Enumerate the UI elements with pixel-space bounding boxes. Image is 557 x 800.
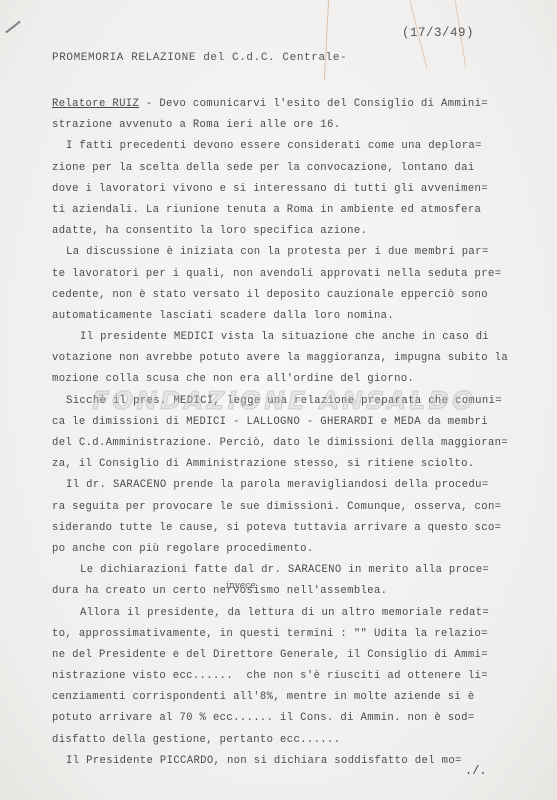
text-line: Il dr. SARACENO prende la parola meravig… (52, 475, 552, 496)
text-line: potuto arrivare al 70 % ecc...... il Con… (52, 708, 552, 729)
line-text: Il presidente MEDICI vista la situazione… (80, 331, 489, 343)
text-line: nistrazione visto ecc...... che non s'è … (52, 666, 552, 687)
line-text: ca le dimissioni di MEDICI - LALLOGNO - … (52, 416, 488, 428)
text-line: cedente, non è stato versato il deposito… (52, 285, 552, 306)
line-text: adatte, ha consentito la loro specifica … (52, 225, 367, 237)
line-text: ra seguita per provocare le sue dimissio… (52, 501, 501, 513)
line-text: Le dichiarazioni fatte dal dr. SARACENO … (80, 564, 489, 576)
line-text: za, il Consiglio di Amministrazione stes… (52, 458, 475, 470)
text-line: Relatore RUIZ - Devo comunicarvi l'esito… (52, 94, 552, 115)
text-line: ca le dimissioni di MEDICI - LALLOGNO - … (52, 412, 552, 433)
text-line: cenziamenti corrispondenti all'8%, mentr… (52, 687, 552, 708)
text-line: adatte, ha consentito la loro specifica … (52, 221, 552, 242)
text-line: mozione colla scusa che non era all'ordi… (52, 369, 552, 390)
text-line: to, approssimativamente, in questi termi… (52, 624, 552, 645)
line-text: dove i lavoratori vivono e si interessan… (52, 183, 488, 195)
text-line: za, il Consiglio di Amministrazione stes… (52, 454, 552, 475)
line-text: ne del Presidente e del Direttore Genera… (52, 649, 488, 661)
text-line: ra seguita per provocare le sue dimissio… (52, 497, 552, 518)
text-line: del C.d.Amministrazione. Perciò, dato le… (52, 433, 552, 454)
line-text: votazione non avrebbe potuto avere la ma… (52, 352, 508, 364)
text-line: dove i lavoratori vivono e si interessan… (52, 179, 552, 200)
pen-mark (5, 21, 20, 34)
text-line: zione per la scelta della sede per la co… (52, 158, 552, 179)
date-note: (17/3/49) (402, 26, 474, 40)
line-text: po anche con più regolare procedimento. (52, 543, 314, 555)
text-line: La discussione è iniziata con la protest… (52, 242, 552, 263)
text-line: ti aziendali. La riunione tenuta a Roma … (52, 200, 552, 221)
text-line: Sicchè il pres. MEDICI, legge una relazi… (52, 391, 552, 412)
line-text: cedente, non è stato versato il deposito… (52, 289, 488, 301)
text-line: Allora il presidente, da lettura di un a… (52, 603, 552, 624)
line-text: to, approssimativamente, in questi termi… (52, 628, 488, 640)
line-text: nistrazione visto ecc...... che non s'è … (52, 670, 488, 682)
line-text: del C.d.Amministrazione. Perciò, dato le… (52, 437, 508, 449)
line-text: Allora il presidente, da lettura di un a… (80, 607, 489, 619)
text-line: votazione non avrebbe potuto avere la ma… (52, 348, 552, 369)
line-text: La discussione è iniziata con la protest… (66, 246, 489, 258)
line-text: Il Presidente PICCARDO, non si dichiara … (66, 755, 462, 767)
handwritten-insert: invece (226, 581, 255, 591)
text-line: po anche con più regolare procedimento. (52, 539, 552, 560)
text-line: I fatti precedenti devono essere conside… (52, 136, 552, 157)
line-text: mozione colla scusa che non era all'ordi… (52, 373, 414, 385)
text-line: Le dichiarazioni fatte dal dr. SARACENO … (52, 560, 552, 581)
document-title: PROMEMORIA RELAZIONE del C.d.C. Centrale… (52, 52, 347, 64)
line-text: ti aziendali. La riunione tenuta a Roma … (52, 204, 481, 216)
speaker-label: Relatore RUIZ (52, 98, 139, 110)
text-line: automaticamente lasciati scadere dalla l… (52, 306, 552, 327)
text-line: te lavoratori per i quali, non avendoli … (52, 264, 552, 285)
document-page: (17/3/49) PROMEMORIA RELAZIONE del C.d.C… (0, 0, 557, 800)
text-line: ne del Presidente e del Direttore Genera… (52, 645, 552, 666)
line-text: zione per la scelta della sede per la co… (52, 162, 475, 174)
text-line: siderando tutte le cause, si poteva tutt… (52, 518, 552, 539)
line-text: - Devo comunicarvi l'esito del Consiglio… (139, 98, 488, 110)
text-line: strazione avvenuto a Roma ieri alle ore … (52, 115, 552, 136)
line-text: Sicchè il pres. MEDICI, legge una relazi… (66, 395, 502, 407)
line-text: dura ha creato un certo nervosismo nell'… (52, 585, 387, 597)
line-text: disfatto della gestione, pertanto ecc...… (52, 734, 340, 746)
continuation-mark: ./. (465, 764, 487, 778)
line-text: Il dr. SARACENO prende la parola meravig… (66, 479, 489, 491)
line-text: te lavoratori per i quali, non avendoli … (52, 268, 501, 280)
line-text: siderando tutte le cause, si poteva tutt… (52, 522, 501, 534)
line-text: strazione avvenuto a Roma ieri alle ore … (52, 119, 340, 131)
line-text: cenziamenti corrispondenti all'8%, mentr… (52, 691, 475, 703)
document-body: Relatore RUIZ - Devo comunicarvi l'esito… (52, 94, 552, 772)
line-text: automaticamente lasciati scadere dalla l… (52, 310, 394, 322)
paper-stain (324, 0, 329, 80)
line-text: I fatti precedenti devono essere conside… (66, 140, 482, 152)
text-line: disfatto della gestione, pertanto ecc...… (52, 730, 552, 751)
text-line: dura ha creato un certo nervosismo nell'… (52, 581, 552, 602)
line-text: potuto arrivare al 70 % ecc...... il Con… (52, 712, 475, 724)
text-line: Il presidente MEDICI vista la situazione… (52, 327, 552, 348)
